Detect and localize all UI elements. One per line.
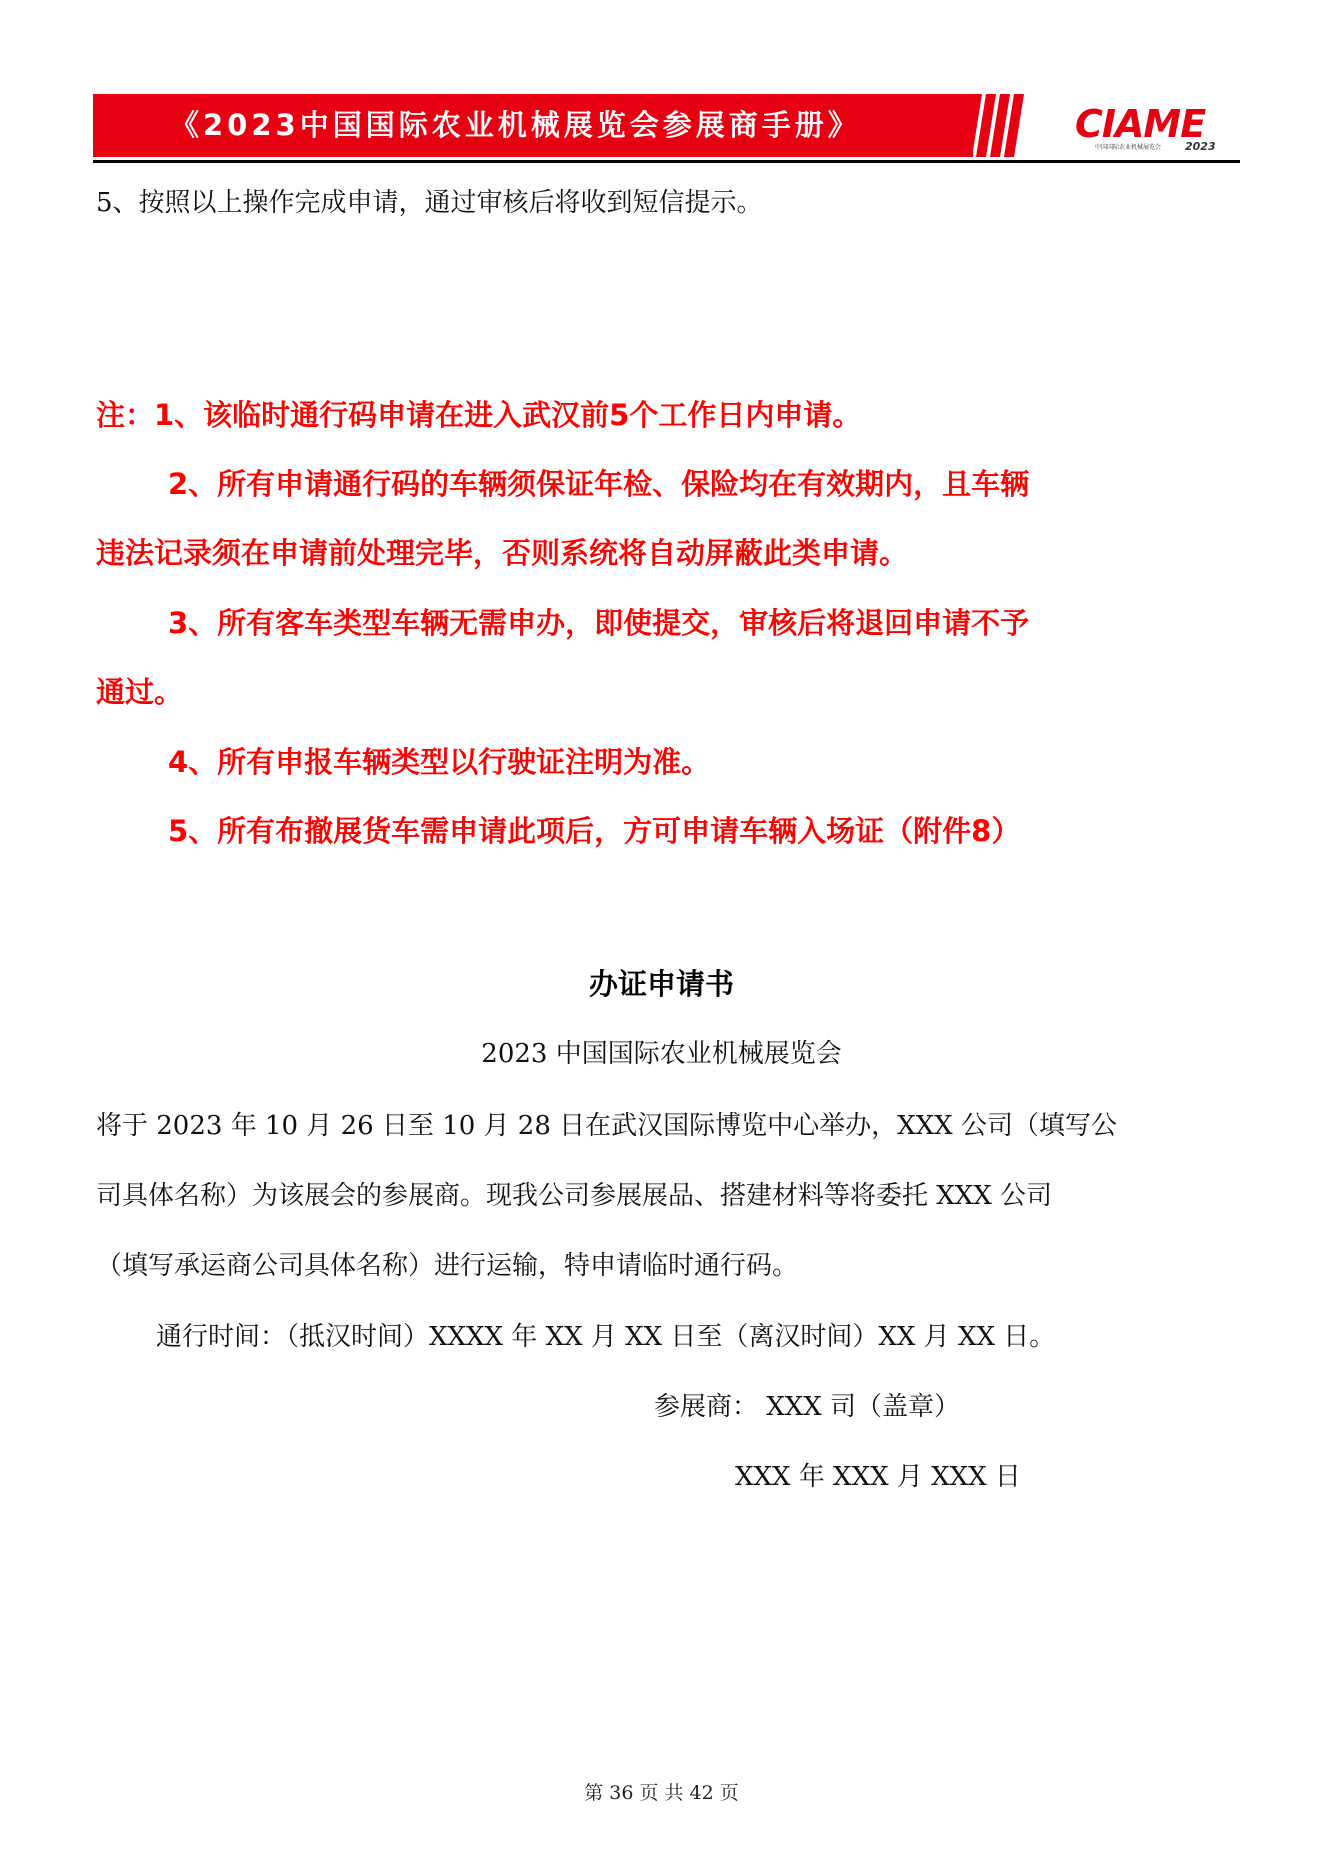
exhibitor-signature-line: 参展商： XXX 司（盖章） <box>654 1386 960 1423</box>
form-subtitle: 2023 中国国际农业机械展览会 <box>0 1033 1323 1070</box>
form-body-line-3: （填写承运商公司具体名称）进行运输，特申请临时通行码。 <box>96 1245 798 1282</box>
logo-year: 2023 <box>1185 140 1216 153</box>
header-divider <box>93 160 1240 163</box>
note-line-3: 违法记录须在申请前处理完毕，否则系统将自动屏蔽此类申请。 <box>96 531 908 572</box>
header-stripes-decoration <box>960 94 1040 157</box>
document-header-title: 《2023中国国际农业机械展览会参展商手册》 <box>170 94 861 157</box>
logo-mark: CIAME <box>1075 105 1205 143</box>
note-line-6: 4、所有申报车辆类型以行驶证注明为准。 <box>168 740 710 781</box>
note-line-4: 3、所有客车类型车辆无需申办，即使提交，审核后将退回申请不予 <box>168 601 1029 642</box>
note-line-7: 5、所有布撤展货车需申请此项后，方可申请车辆入场证（附件8） <box>168 809 1020 850</box>
form-body-line-2: 司具体名称）为该展会的参展商。现我公司参展展品、搭建材料等将委托 XXX 公司 <box>96 1175 1052 1212</box>
note-line-5: 通过。 <box>96 670 183 711</box>
signature-date-line: XXX 年 XXX 月 XXX 日 <box>735 1456 1021 1493</box>
page-number: 第 36 页 共 42 页 <box>0 1778 1323 1805</box>
logo-subtitle: 中国国际农业机械展览会 <box>1095 142 1161 151</box>
note-line-1: 注：1、该临时通行码申请在进入武汉前5个工作日内申请。 <box>96 393 861 434</box>
form-title: 办证申请书 <box>0 962 1323 1003</box>
pass-time-line: 通行时间：（抵汉时间）XXXX 年 XX 月 XX 日至（离汉时间）XX 月 X… <box>156 1316 1055 1353</box>
form-body-line-1: 将于 2023 年 10 月 26 日至 10 月 28 日在武汉国际博览中心举… <box>96 1105 1117 1142</box>
step-5-text: 5、按照以上操作完成申请，通过审核后将收到短信提示。 <box>96 182 763 219</box>
ciame-logo: CIAME 中国国际农业机械展览会 2023 <box>1075 105 1225 155</box>
note-line-2: 2、所有申请通行码的车辆须保证年检、保险均在有效期内，且车辆 <box>168 462 1029 503</box>
